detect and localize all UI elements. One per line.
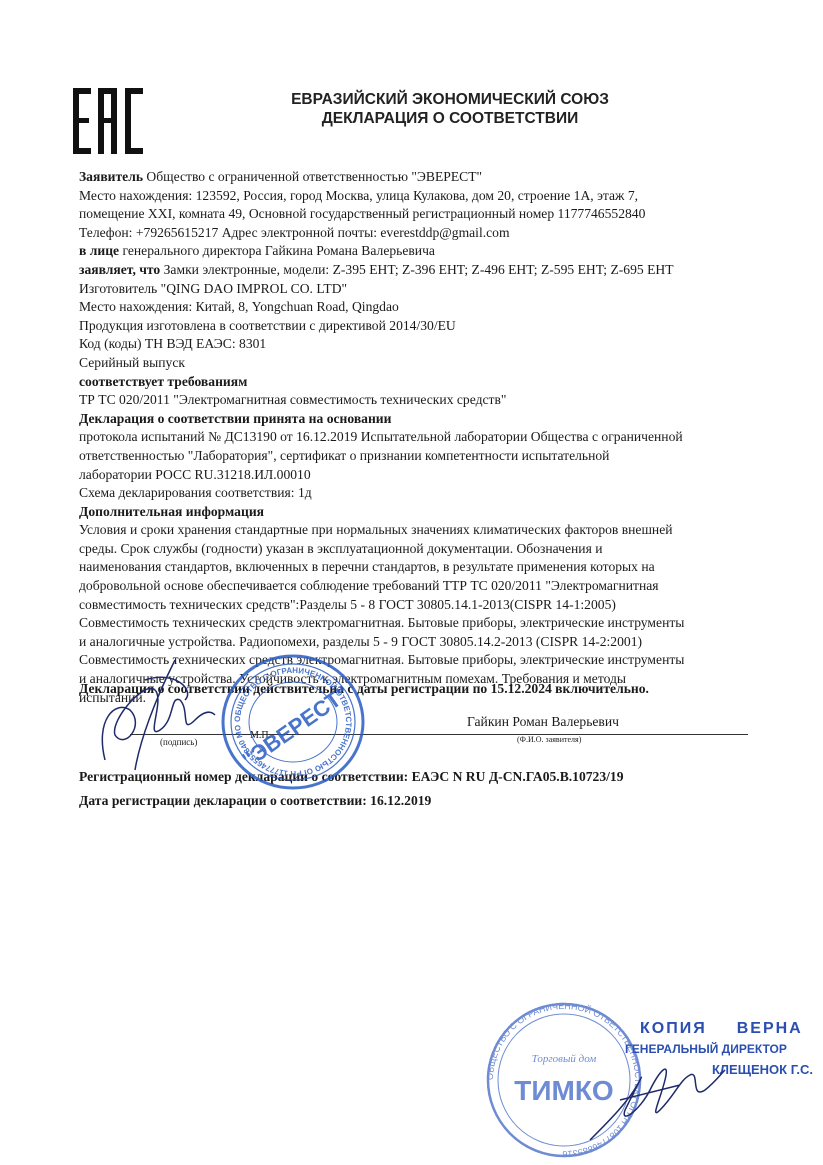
directive: Продукция изготовлена в соответствии с д… <box>79 317 749 336</box>
tn-ved-code: Код (коды) ТН ВЭД ЕАЭС: 8301 <box>79 335 749 354</box>
applicant-address-1: Место нахождения: 123592, Россия, город … <box>79 187 749 206</box>
representative-label: в лице <box>79 243 119 258</box>
additional-line: Условия и сроки хранения стандартные при… <box>79 521 749 540</box>
additional-line: среды. Срок службы (годности) указан в э… <box>79 540 749 559</box>
manufacturer: Изготовитель "QING DAO IMPROL CO. LTD" <box>79 280 749 299</box>
representative-line: в лице генерального директора Гайкина Ро… <box>79 242 749 261</box>
certifier-signature-icon <box>580 1040 730 1150</box>
requirements-label: соответствует требованиям <box>79 373 749 392</box>
requirements-text: ТР ТС 020/2011 "Электромагнитная совмест… <box>79 391 749 410</box>
basis-line-1: протокола испытаний № ДС13190 от 16.12.2… <box>79 428 749 447</box>
header-union-title: ЕВРАЗИЙСКИЙ ЭКОНОМИЧЕСКИЙ СОЮЗ <box>230 90 670 109</box>
product-line: заявляет, что Замки электронные, модели:… <box>79 261 749 280</box>
declares-label: заявляет, что <box>79 262 160 277</box>
signatory-name: Гайкин Роман Валерьевич <box>467 714 619 730</box>
declaration-scheme: Схема декларирования соответствия: 1д <box>79 484 749 503</box>
applicant-contacts: Телефон: +79265615217 Адрес электронной … <box>79 224 749 243</box>
product-text: Замки электронные, модели: Z-395 EHT; Z-… <box>160 262 673 277</box>
additional-line: добровольной основе обеспечивается соблю… <box>79 577 749 596</box>
header-doc-title: ДЕКЛАРАЦИЯ О СООТВЕТСТВИИ <box>230 109 670 128</box>
basis-line-3: лаборатории РОСС RU.31218.ИЛ.00010 <box>79 466 749 485</box>
registration-date: Дата регистрации декларации о соответств… <box>79 793 431 809</box>
applicant-label: Заявитель <box>79 169 143 184</box>
name-caption: (Ф.И.О. заявителя) <box>517 735 581 744</box>
representative-text: генерального директора Гайкина Романа Ва… <box>119 243 435 258</box>
release-type: Серийный выпуск <box>79 354 749 373</box>
additional-line: наименования стандартов, включенных в пе… <box>79 558 749 577</box>
applicant-name: Общество с ограниченной ответственностью… <box>143 169 482 184</box>
additional-line: совместимость технических средств":Разде… <box>79 596 749 615</box>
basis-line-2: ответственностью "Лаборатория", сертифик… <box>79 447 749 466</box>
document-header: ЕВРАЗИЙСКИЙ ЭКОНОМИЧЕСКИЙ СОЮЗ ДЕКЛАРАЦИ… <box>230 90 670 128</box>
additional-line: Совместимость технических средств электр… <box>79 614 749 633</box>
applicant-line: Заявитель Общество с ограниченной ответс… <box>79 168 749 187</box>
applicant-address-2: помещение XXI, комната 49, Основной госу… <box>79 205 749 224</box>
everest-stamp-icon: ОБЩЕСТВО С ОГРАНИЧЕННОЙ ОТВЕТСТВЕННОСТЬЮ… <box>218 652 368 792</box>
declaration-body: Заявитель Общество с ограниченной ответс… <box>79 168 749 707</box>
basis-label: Декларация о соответствии принята на осн… <box>79 410 749 429</box>
applicant-signature-icon <box>85 640 235 780</box>
additional-info-label: Дополнительная информация <box>79 503 749 522</box>
true-word: ВЕРНА <box>737 1020 803 1037</box>
eac-logo-icon <box>73 88 145 154</box>
manufacturer-address: Место нахождения: Китай, 8, Yongchuan Ro… <box>79 298 749 317</box>
copy-word: КОПИЯ <box>640 1020 707 1037</box>
